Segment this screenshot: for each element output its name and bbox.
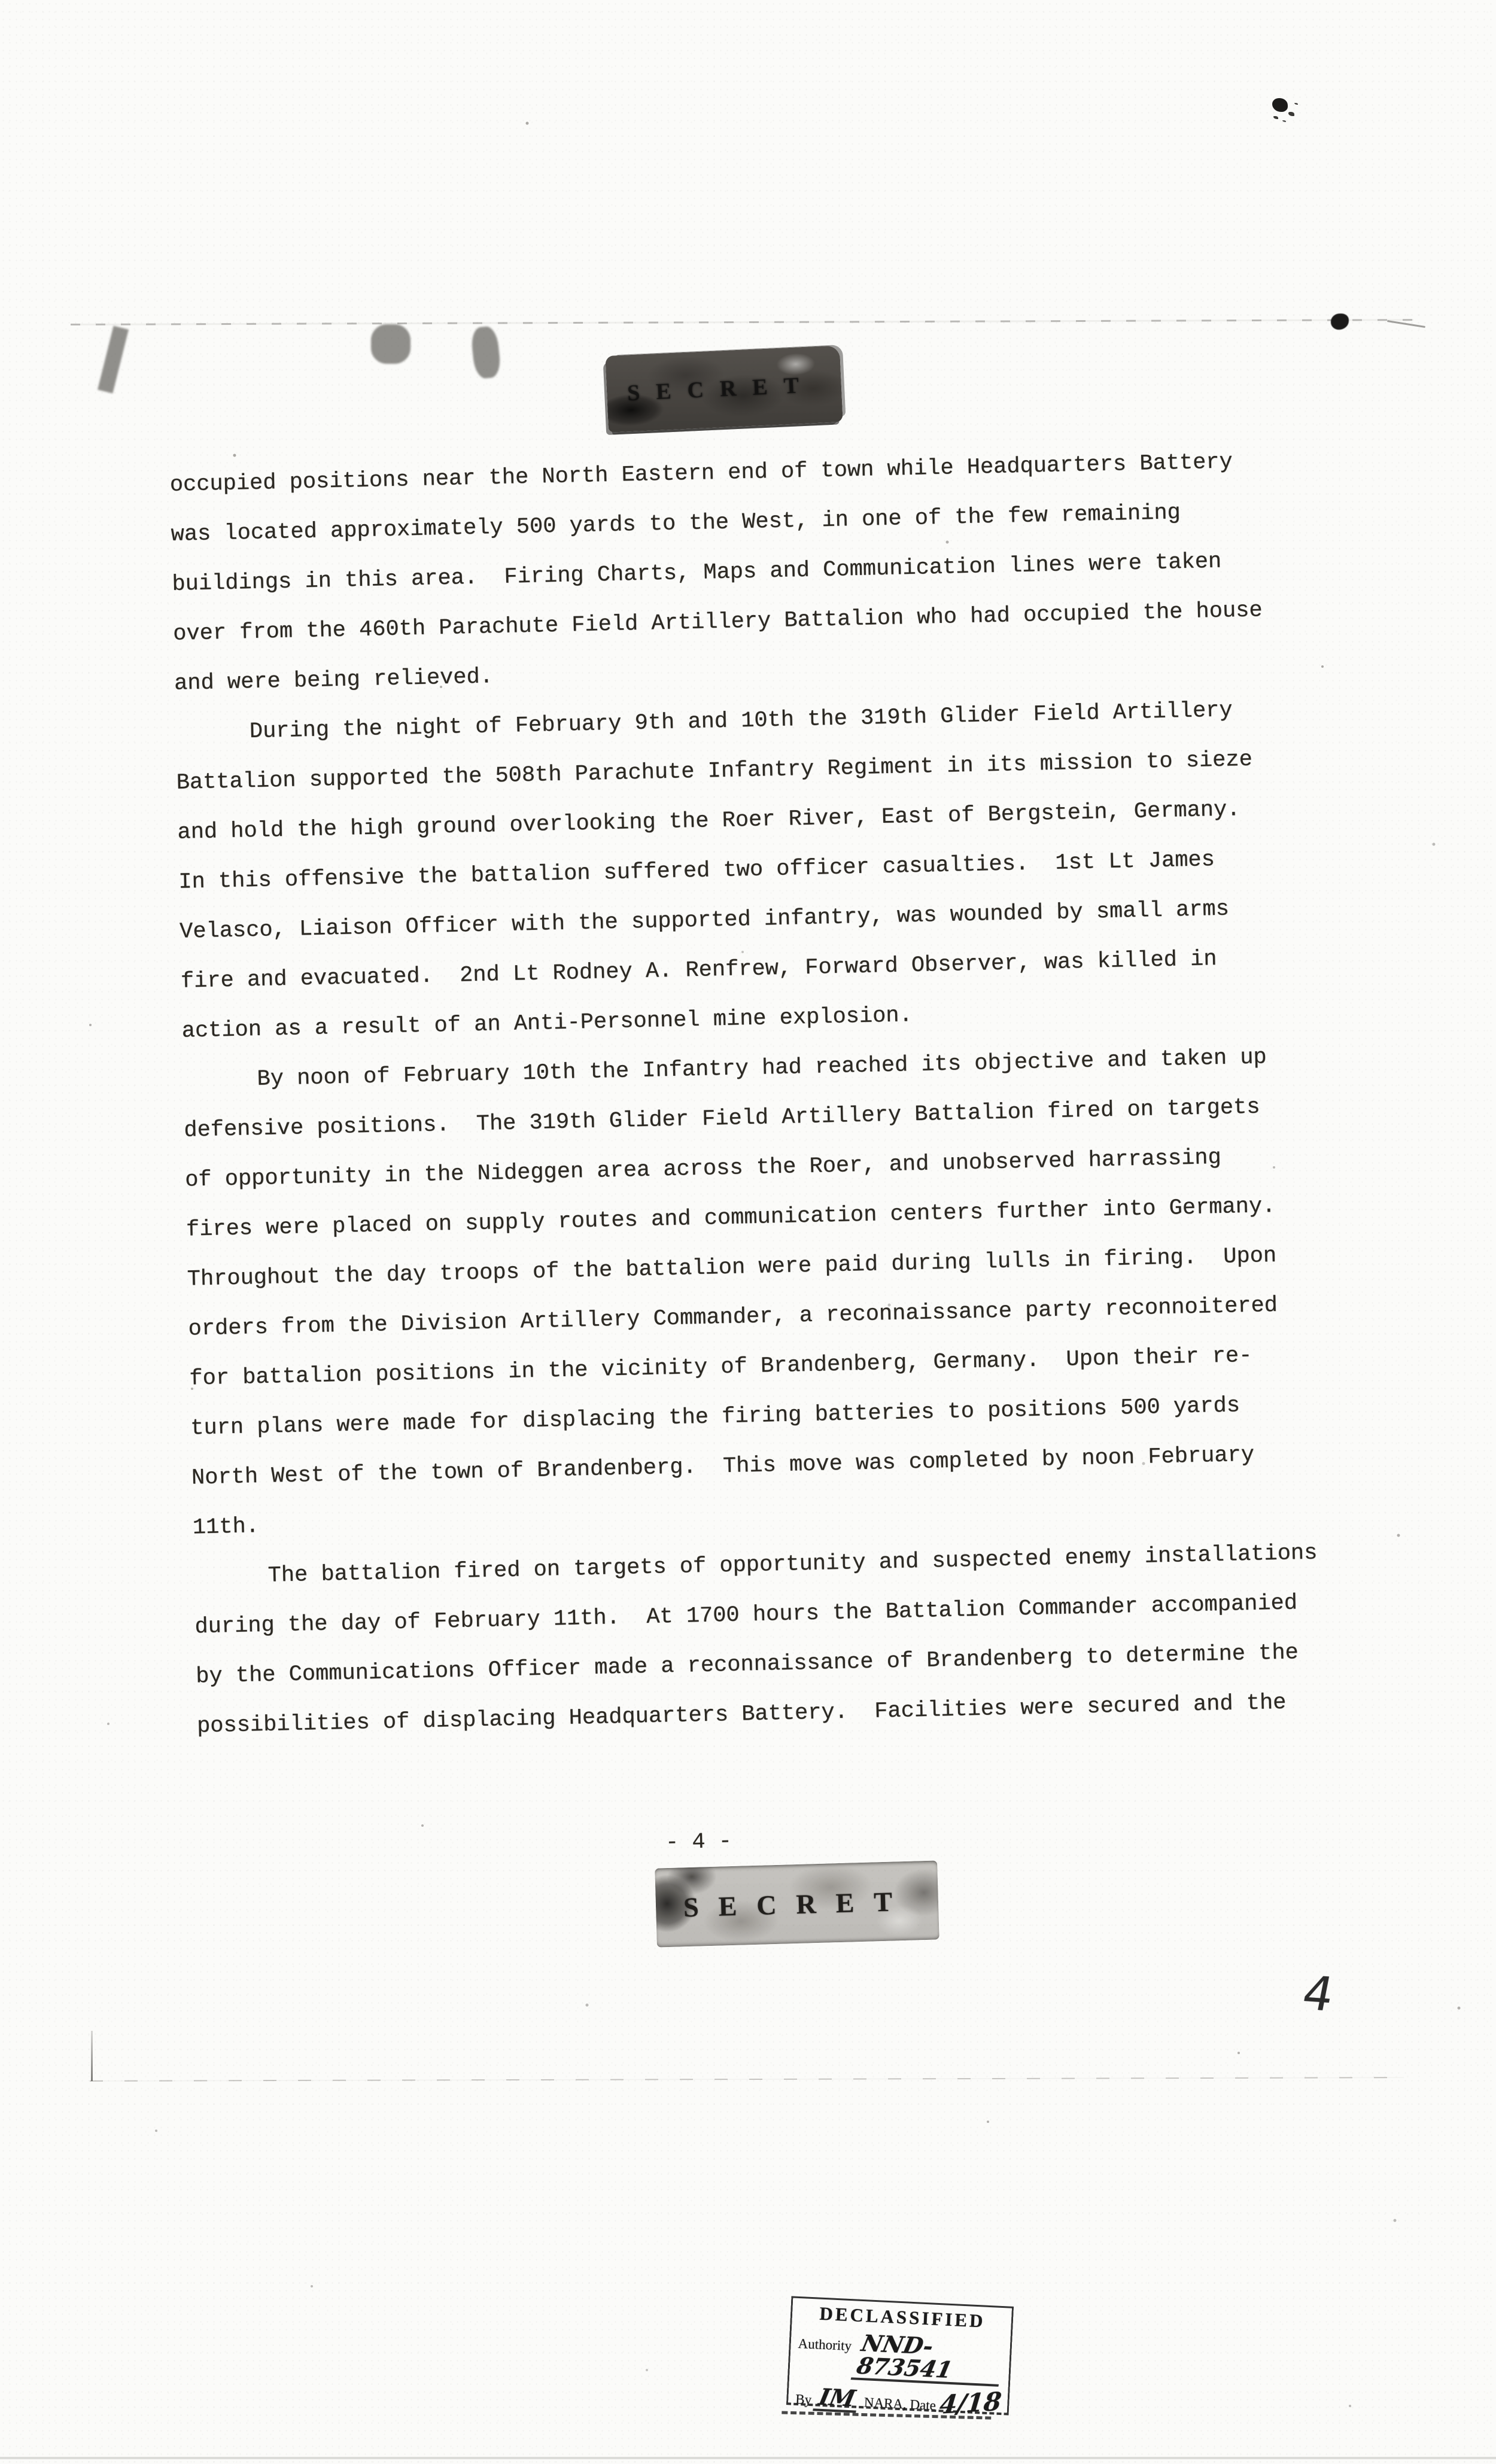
by-value: IM [813,2386,861,2413]
authority-value: NND-873541 [851,2332,1008,2387]
scan-artifact-top-page-edge [71,319,1413,326]
secret-stamp-top: SECRET [605,345,843,433]
scan-artifact-scanner-edge [0,2457,1496,2459]
handwritten-page-number: 4 [1298,1967,1338,2022]
secret-stamp-top-label: SECRET [606,372,816,407]
scan-artifact-corner-mark [1387,320,1425,328]
scan-artifact-ink-blot [1272,98,1288,112]
scan-artifact-smudge [470,326,502,379]
authority-label: Authority [798,2336,852,2354]
page-number: - 4 - [665,1829,732,1855]
declassification-stamp: DECLASSIFIED Authority NND-873541 By IM … [786,2296,1014,2415]
secret-stamp-bottom: SECRET [655,1860,939,1947]
scan-artifact-corner-mark [91,2031,93,2081]
secret-stamp-bottom-label: SECRET [655,1885,912,1924]
scan-artifact-bottom-page-edge [90,2077,1404,2082]
typed-body: occupied positions near the North Easter… [169,436,1334,1752]
date-value: 4/18 [938,2389,1002,2418]
scan-artifact-ink-blob [1331,314,1349,330]
scan-artifact-specks [0,0,1,1]
nara-date-label: NARA, Date [863,2395,936,2414]
scan-artifact-smudge [98,326,129,393]
scan-artifact-smudge [371,324,411,364]
by-label: By [795,2392,812,2408]
declassified-title: DECLASSIFIED [799,2302,1005,2333]
scanned-document-page: SECRET occupied positions near the North… [0,0,1496,2464]
